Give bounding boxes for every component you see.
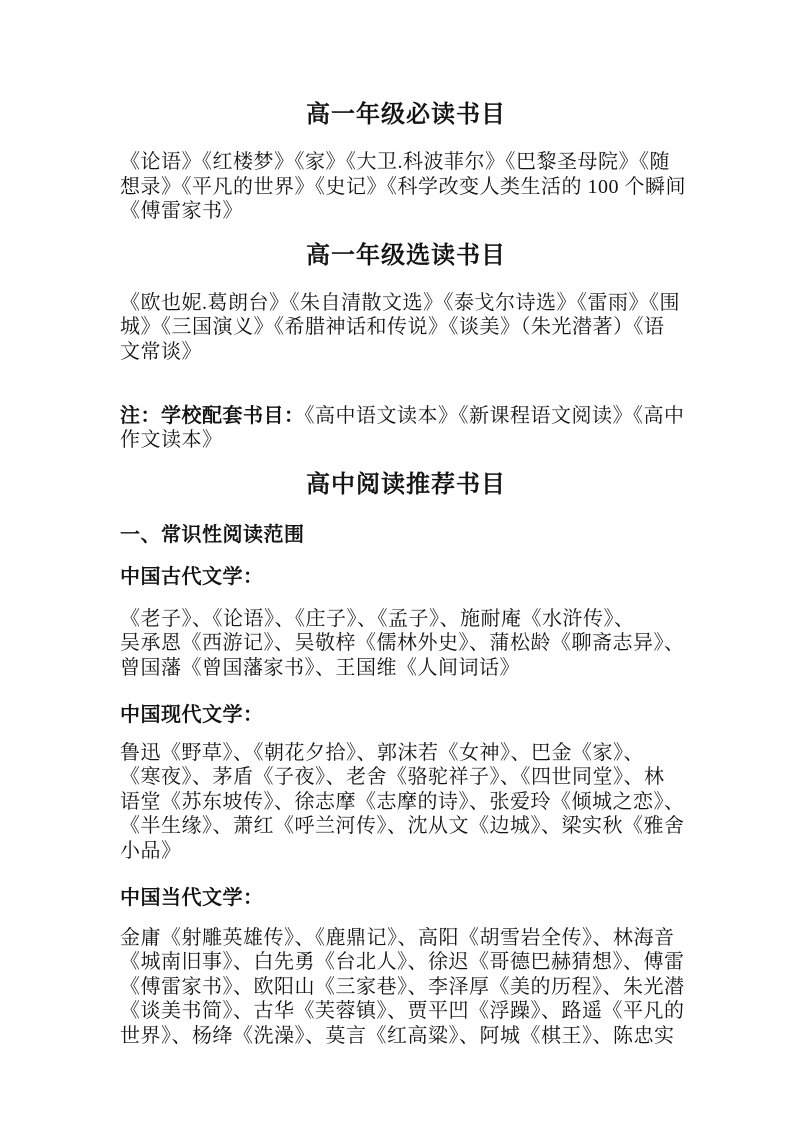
optional-reading-title: 高一年级选读书目 (120, 241, 692, 271)
category-heading-modern-chinese-literature: 中国现代文学： (120, 703, 692, 728)
ancient-chinese-literature-list: 《老子》、《论语》、《庄子》、《孟子》、施耐庵《水浒传》、 吴承恩《西游记》、吴… (120, 607, 692, 681)
contemporary-chinese-literature-list: 金庸《射雕英雄传》、《鹿鼎记》、高阳《胡雪岩全传》、林海音 《城南旧事》、白先勇… (120, 926, 692, 1049)
category-heading-ancient-chinese-literature: 中国古代文学： (120, 565, 692, 590)
category-heading-contemporary-chinese-literature: 中国当代文学： (120, 886, 692, 911)
recommended-reading-title: 高中阅读推荐书目 (120, 470, 692, 500)
modern-chinese-literature-list: 鲁迅《野草》、《朝花夕拾》、郭沫若《女神》、巴金《家》、 《寒夜》、茅盾《子夜》… (120, 741, 692, 864)
section-heading-general-reading: 一、常识性阅读范围 (120, 523, 692, 548)
school-note: 注：学校配套书目：《高中语文读本》《新课程语文阅读》《高中 作文读本》 (120, 379, 692, 453)
required-reading-list: 《论语》《红楼梦》《家》《大卫.科波菲尔》《巴黎圣母院》《随 想录》《平凡的世界… (120, 150, 692, 224)
school-note-label: 注：学校配套书目： (120, 405, 305, 427)
optional-reading-list: 《欧也妮.葛朗台》《朱自清散文选》《泰戈尔诗选》《雷雨》《围 城》《三国演义》《… (120, 291, 692, 365)
document-page: 高一年级必读书目 《论语》《红楼梦》《家》《大卫.科波菲尔》《巴黎圣母院》《随 … (0, 0, 800, 1132)
required-reading-title: 高一年级必读书目 (120, 100, 692, 130)
